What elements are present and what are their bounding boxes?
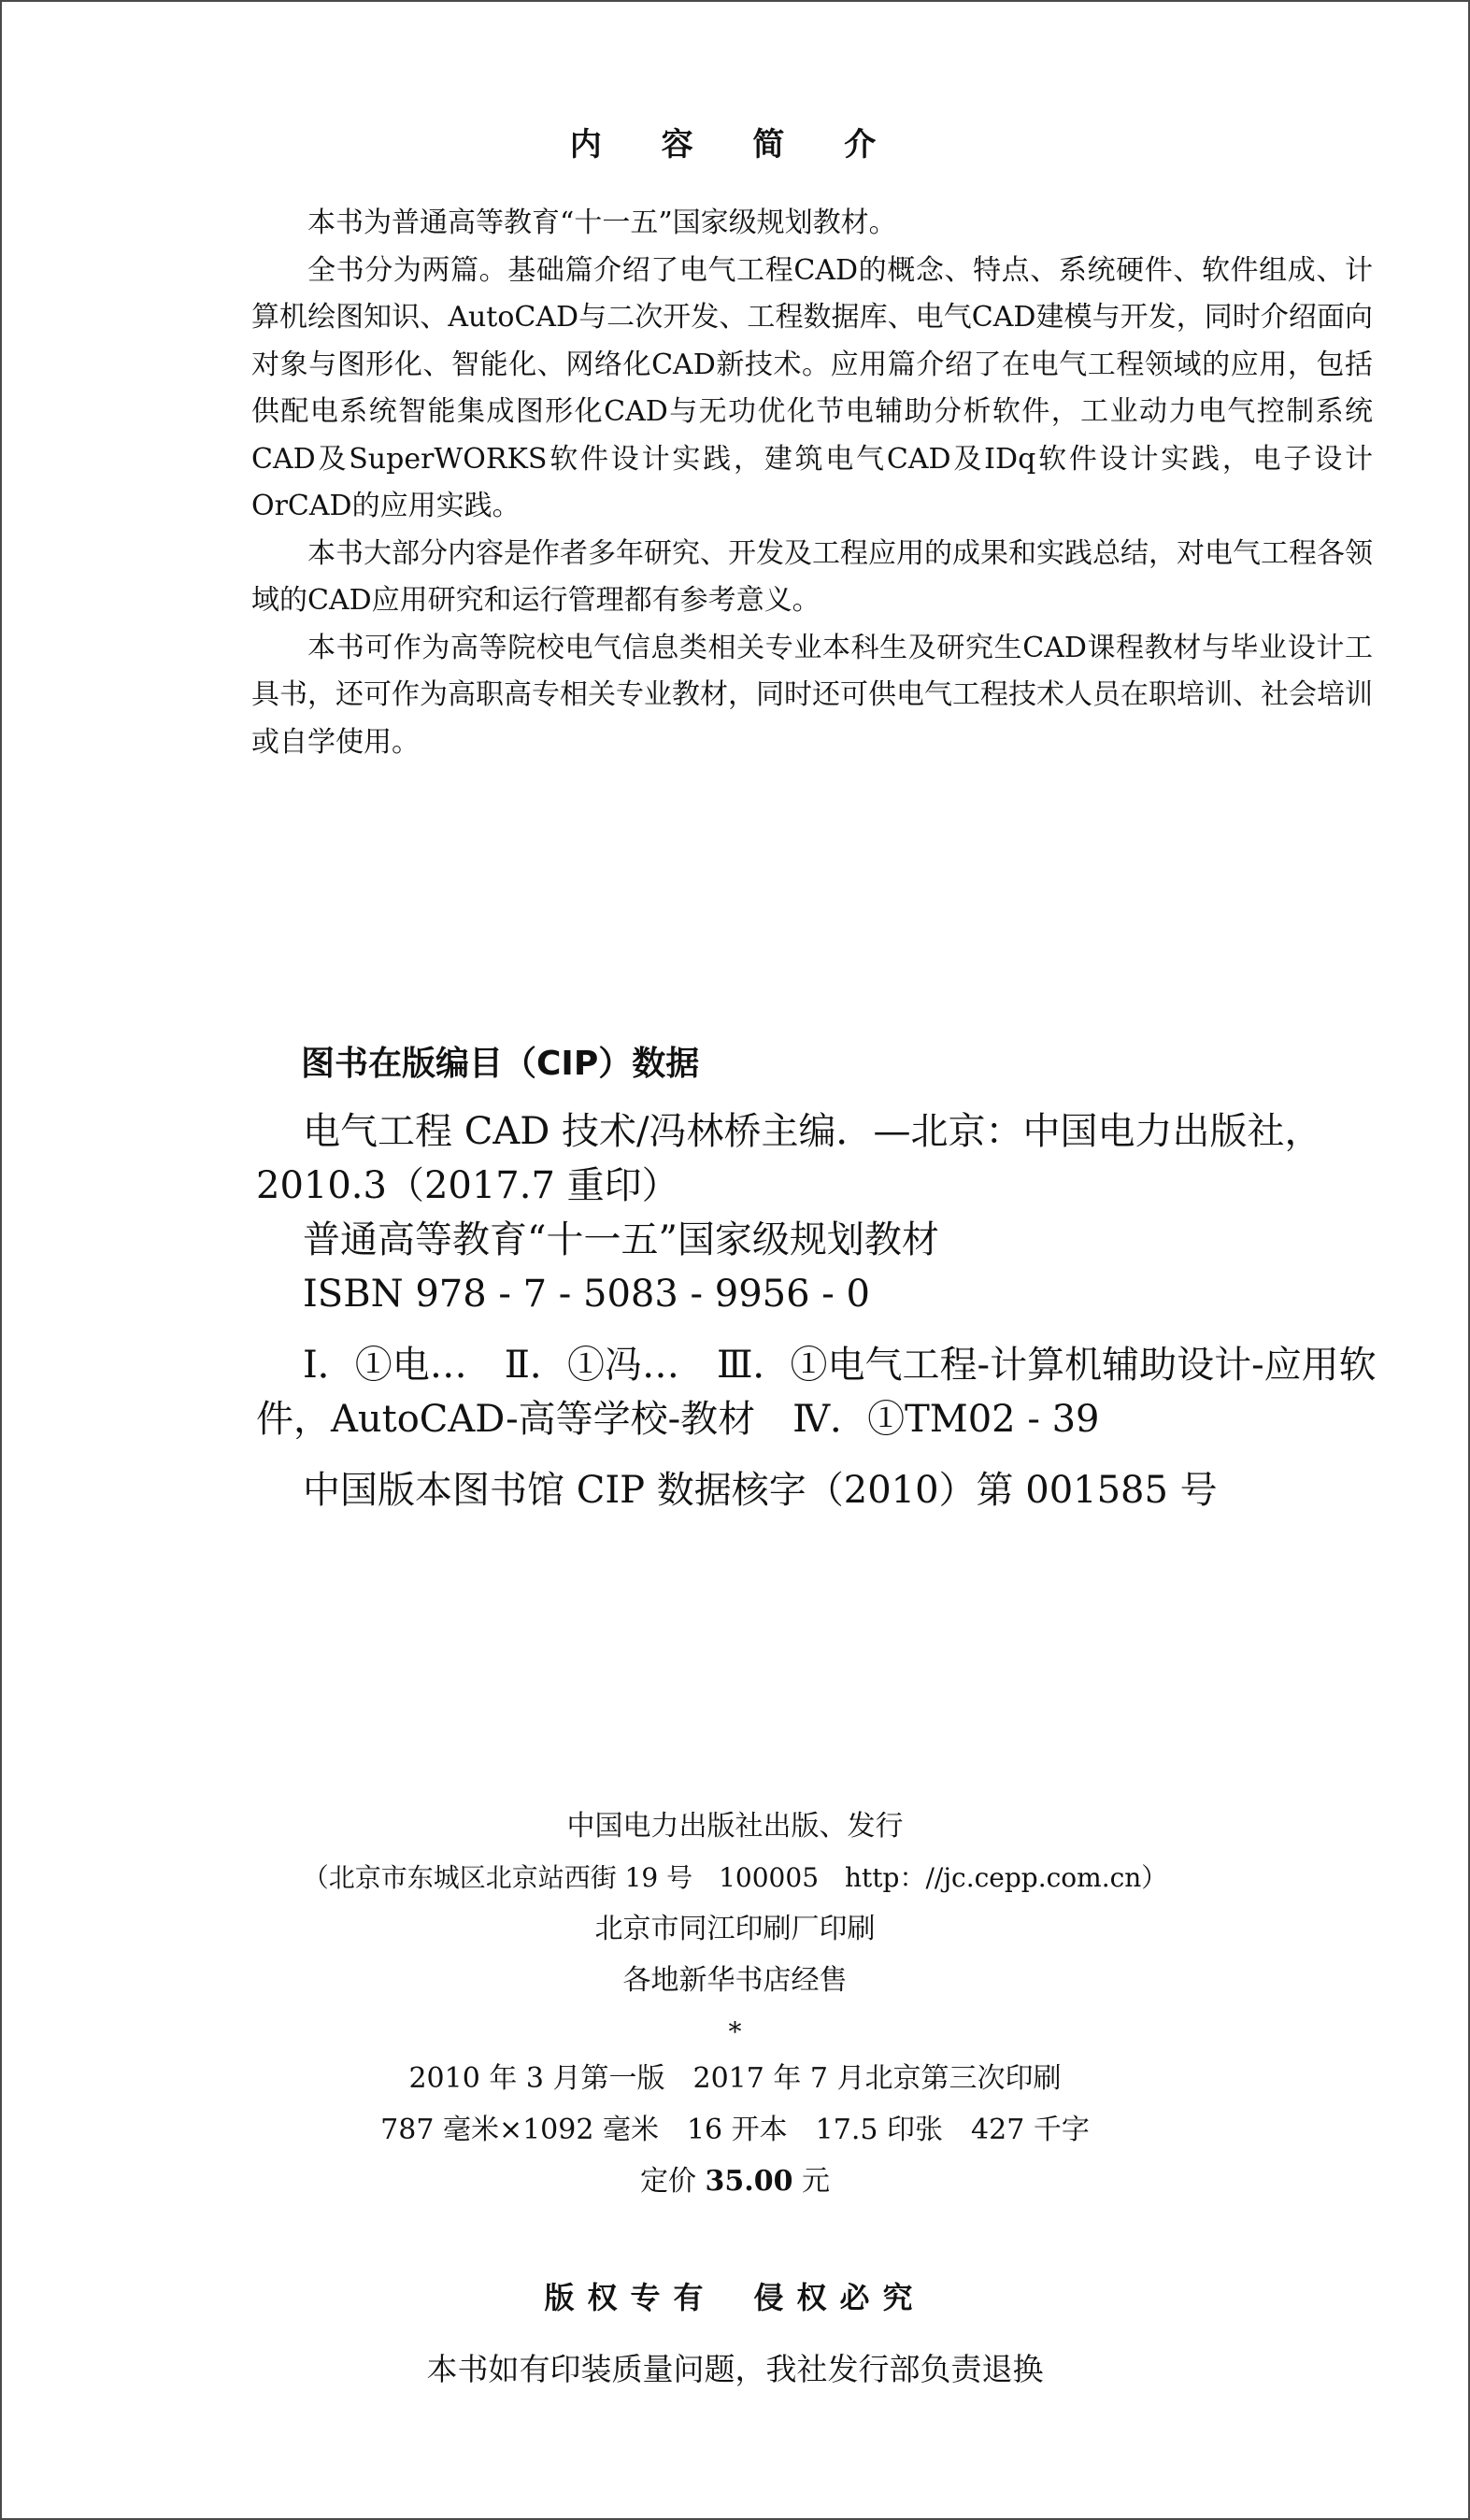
- publication-info: 中国电力出版社出版、发行 （北京市东城区北京站西街 19 号 100005 ht…: [2, 1801, 1468, 2207]
- cip-isbn: ISBN 978 - 7 - 5083 - 9956 - 0: [256, 1267, 1387, 1321]
- price-label: 定价: [640, 2165, 696, 2198]
- cip-series: 普通高等教育“十一五”国家级规划教材: [256, 1213, 1387, 1267]
- cip-citation: 电气工程 CAD 技术/冯林桥主编．—北京：中国电力出版社，2010.3（201…: [256, 1104, 1387, 1213]
- intro-paragraph: 本书可作为高等院校电气信息类相关专业本科生及研究生CAD课程教材与毕业设计工具书…: [251, 625, 1373, 767]
- quality-notice: 本书如有印装质量问题，我社发行部负责退换: [2, 2345, 1468, 2389]
- price-unit: 元: [802, 2165, 830, 2198]
- publisher-address: （北京市东城区北京站西街 19 号 100005 http：//jc.cepp.…: [2, 1852, 1468, 1903]
- separator-asterisk: *: [2, 2006, 1468, 2053]
- publisher: 中国电力出版社出版、发行: [2, 1801, 1468, 1852]
- intro-paragraph: 本书为普通高等教育“十一五”国家级规划教材。: [251, 200, 1373, 248]
- intro-paragraph: 全书分为两篇。基础篇介绍了电气工程CAD的概念、特点、系统硬件、软件组成、计算机…: [251, 248, 1373, 531]
- printer: 北京市同江印刷厂印刷: [2, 1903, 1468, 1955]
- intro-title: 内 容 简 介: [2, 119, 1468, 164]
- format-specs: 787 毫米×1092 毫米 16 开本 17.5 印张 427 千字: [2, 2104, 1468, 2156]
- price-value: 35.00: [706, 2165, 793, 2198]
- cip-title: 图书在版编目（CIP）数据: [301, 1037, 699, 1085]
- price: 定价 35.00 元: [2, 2156, 1468, 2207]
- edition-info: 2010 年 3 月第一版 2017 年 7 月北京第三次印刷: [2, 2053, 1468, 2104]
- infringement-warning: 侵权必究: [754, 2280, 926, 2315]
- cip-block: 电气工程 CAD 技术/冯林桥主编．—北京：中国电力出版社，2010.3（201…: [256, 1104, 1387, 1517]
- intro-paragraph: 本书大部分内容是作者多年研究、开发及工程应用的成果和实践总结，对电气工程各领域的…: [251, 531, 1373, 625]
- copyright-page: 内 容 简 介 本书为普通高等教育“十一五”国家级规划教材。 全书分为两篇。基础…: [0, 0, 1470, 2520]
- cip-classification: Ⅰ．①电… Ⅱ．①冯… Ⅲ．①电气工程-计算机辅助设计-应用软件，AutoCAD…: [256, 1338, 1387, 1446]
- rights-reserved: 版权专有: [544, 2280, 716, 2315]
- intro-body: 本书为普通高等教育“十一五”国家级规划教材。 全书分为两篇。基础篇介绍了电气工程…: [251, 200, 1373, 766]
- rights-statement: 版权专有侵权必究: [2, 2274, 1468, 2317]
- distributor: 各地新华书店经售: [2, 1955, 1468, 2006]
- cip-record: 中国版本图书馆 CIP 数据核字（2010）第 001585 号: [256, 1463, 1387, 1517]
